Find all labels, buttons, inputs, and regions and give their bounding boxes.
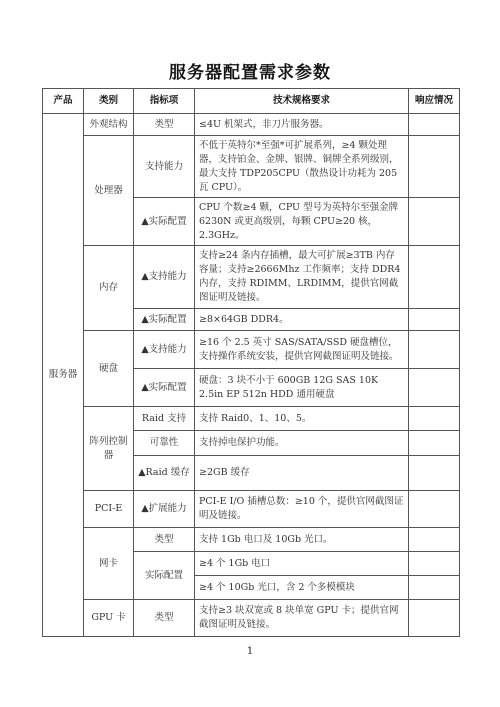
response-cell[interactable] bbox=[409, 576, 460, 600]
category-cell: PCI-E bbox=[84, 491, 134, 528]
table-header-row: 产品 类别 指标项 技术规格要求 响应情况 bbox=[43, 89, 460, 114]
table-row: PCI-E ▲扩展能力 PCI-E I/O 插槽总数：≥10 个，提供官网截图证… bbox=[43, 491, 460, 528]
spec-cell: ≥2GB 缓存 bbox=[195, 456, 409, 491]
response-cell[interactable] bbox=[409, 309, 460, 331]
header-product: 产品 bbox=[43, 89, 84, 114]
category-cell: 内存 bbox=[84, 246, 134, 331]
response-cell[interactable] bbox=[409, 331, 460, 369]
response-cell[interactable] bbox=[409, 600, 460, 637]
header-item: 指标项 bbox=[134, 89, 195, 114]
spec-cell: ≤4U 机架式，非刀片服务器。 bbox=[195, 114, 409, 136]
spec-cell: PCI-E I/O 插槽总数：≥10 个，提供官网截图证明及链接。 bbox=[195, 491, 409, 528]
item-cell: ▲支持能力 bbox=[134, 246, 195, 309]
spec-cell: 支持≥3 块双宽或 8 块单宽 GPU 卡；提供官网截图证明及链接。 bbox=[195, 600, 409, 637]
item-cell: 支持能力 bbox=[134, 136, 195, 198]
response-cell[interactable] bbox=[409, 407, 460, 431]
category-cell: 处理器 bbox=[84, 136, 134, 246]
document-title: 服务器配置需求参数 bbox=[0, 58, 500, 83]
header-spec: 技术规格要求 bbox=[195, 89, 409, 114]
table-row: GPU 卡 类型 支持≥3 块双宽或 8 块单宽 GPU 卡；提供官网截图证明及… bbox=[43, 600, 460, 637]
item-cell: 类型 bbox=[134, 114, 195, 136]
page-number: 1 bbox=[0, 646, 500, 657]
table-row: 服务器 外观结构 类型 ≤4U 机架式，非刀片服务器。 bbox=[43, 114, 460, 136]
item-cell: ▲Raid 缓存 bbox=[134, 456, 195, 491]
item-cell: 实际配置 bbox=[134, 552, 195, 600]
spec-cell: ≥4 个 10Gb 光口，含 2 个多模模块 bbox=[195, 576, 409, 600]
spec-cell: 硬盘：3 块不小于 600GB 12G SAS 10K 2.5in EP 512… bbox=[195, 369, 409, 407]
spec-cell: 支持≥24 条内存插槽，最大可扩展≥3TB 内存容量；支持≥2666Mhz 工作… bbox=[195, 246, 409, 309]
table-row: 处理器 支持能力 不低于英特尔*至强*可扩展系列，≥4 颗处理器，支持铂金、金牌… bbox=[43, 136, 460, 198]
response-cell[interactable] bbox=[409, 431, 460, 456]
response-cell[interactable] bbox=[409, 491, 460, 528]
category-cell: 阵列控制器 bbox=[84, 407, 134, 491]
spec-cell: CPU 个数≥4 颗，CPU 型号为英特尔至强金牌 6230N 或更高级别，每颗… bbox=[195, 198, 409, 246]
product-cell: 服务器 bbox=[43, 114, 84, 637]
spec-cell: 支持掉电保护功能。 bbox=[195, 431, 409, 456]
item-cell: ▲扩展能力 bbox=[134, 491, 195, 528]
response-cell[interactable] bbox=[409, 114, 460, 136]
spec-cell: 不低于英特尔*至强*可扩展系列，≥4 颗处理器，支持铂金、金牌、银牌、铜牌全系列… bbox=[195, 136, 409, 198]
item-cell: ▲实际配置 bbox=[134, 369, 195, 407]
header-response: 响应情况 bbox=[409, 89, 460, 114]
spec-cell: ≥16 个 2.5 英寸 SAS/SATA/SSD 硬盘槽位，支持操作系统安装，… bbox=[195, 331, 409, 369]
response-cell[interactable] bbox=[409, 552, 460, 576]
table-row: 硬盘 ▲支持能力 ≥16 个 2.5 英寸 SAS/SATA/SSD 硬盘槽位，… bbox=[43, 331, 460, 369]
item-cell: ▲实际配置 bbox=[134, 198, 195, 246]
spec-cell: 支持 1Gb 电口及 10Gb 光口。 bbox=[195, 528, 409, 552]
response-cell[interactable] bbox=[409, 246, 460, 309]
item-cell: ▲实际配置 bbox=[134, 309, 195, 331]
item-cell: 类型 bbox=[134, 528, 195, 552]
response-cell[interactable] bbox=[409, 198, 460, 246]
spec-cell: ≥4 个 1Gb 电口 bbox=[195, 552, 409, 576]
table-row: 网卡 类型 支持 1Gb 电口及 10Gb 光口。 bbox=[43, 528, 460, 552]
response-cell[interactable] bbox=[409, 456, 460, 491]
table-row: 内存 ▲支持能力 支持≥24 条内存插槽，最大可扩展≥3TB 内存容量；支持≥2… bbox=[43, 246, 460, 309]
item-cell: Raid 支持 bbox=[134, 407, 195, 431]
header-category: 类别 bbox=[84, 89, 134, 114]
response-cell[interactable] bbox=[409, 369, 460, 407]
spec-cell: ≥8×64GB DDR4。 bbox=[195, 309, 409, 331]
item-cell: 类型 bbox=[134, 600, 195, 637]
item-cell: 可靠性 bbox=[134, 431, 195, 456]
response-cell[interactable] bbox=[409, 136, 460, 198]
category-cell: 网卡 bbox=[84, 528, 134, 600]
item-cell: ▲支持能力 bbox=[134, 331, 195, 369]
category-cell: 硬盘 bbox=[84, 331, 134, 407]
server-spec-table: 产品 类别 指标项 技术规格要求 响应情况 服务器 外观结构 类型 ≤4U 机架… bbox=[42, 88, 460, 637]
spec-cell: 支持 Raid0、1、10、5。 bbox=[195, 407, 409, 431]
table-row: 阵列控制器 Raid 支持 支持 Raid0、1、10、5。 bbox=[43, 407, 460, 431]
category-cell: 外观结构 bbox=[84, 114, 134, 136]
category-cell: GPU 卡 bbox=[84, 600, 134, 637]
response-cell[interactable] bbox=[409, 528, 460, 552]
